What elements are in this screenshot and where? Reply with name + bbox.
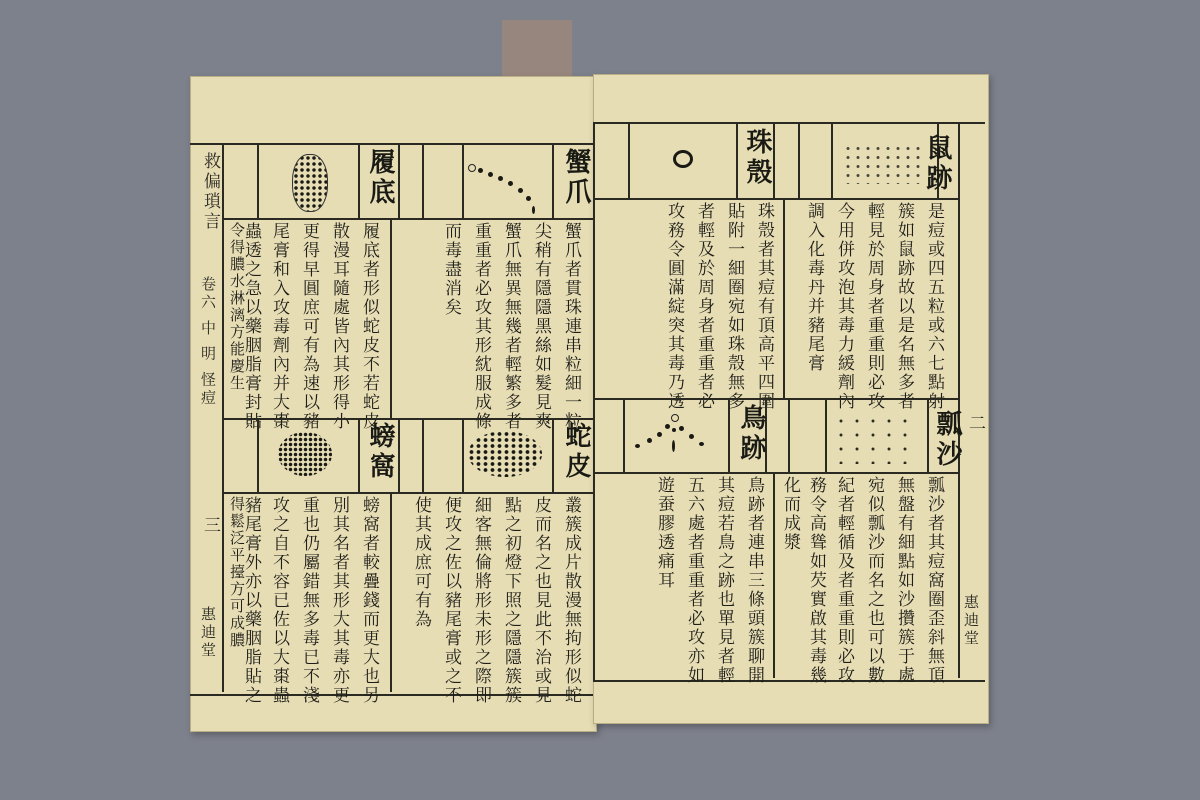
pangwo-text-6: 得鬆泛平擡方可成膿 (226, 496, 248, 649)
piaosha-text-6: 化而成漿 (779, 476, 801, 552)
left-page: 救偏瑣言 卷六 中 明 怪痘 三 惠迪堂 履底 蟹爪 蟹爪者貫珠連串粒細一粒 尖… (190, 76, 597, 732)
niaoji-text-2: 其痘若鳥之跡也單見者輕 (713, 476, 735, 685)
zhuke-illustration (673, 150, 693, 168)
niaoji-text-3: 五六處者重重者必攻亦如 (683, 476, 705, 685)
entry-title-shuji: 鼠跡 (919, 134, 956, 194)
right-margin-publisher: 惠迪堂 (961, 594, 982, 648)
zhuke-text-2: 貼附一細圈宛如珠殼無多 (723, 202, 745, 411)
piaosha-text-2: 無盤有細點如沙攢簇于處 (893, 476, 915, 685)
entry-title-pangwo: 螃窩 (362, 422, 399, 482)
shuji-text-1: 是痘或四五粒或六七點射 (923, 202, 945, 411)
piaosha-text-3: 宛似瓢沙而名之也可以數 (863, 476, 885, 685)
pangwo-text-4: 攻之自不容已佐以大棗蟲 (268, 496, 290, 705)
lvdi-illustration (292, 154, 328, 212)
shepi-text-2: 皮而名之也見此不治或見 (530, 496, 552, 705)
piaosha-text-4: 紀者輕循及者重重則必攻 (833, 476, 855, 685)
lvdi-text-2: 散漫耳隨處皆內其形得小 (328, 222, 350, 431)
zhuke-text-3: 者輕及於周身者重重者必 (693, 202, 715, 411)
lvdi-text-6: 令得膿水淋漓方能慶生 (226, 222, 248, 392)
pangwo-text-2: 別其名者其形大其毒亦更 (328, 496, 350, 705)
entry-title-lvdi: 履底 (362, 148, 399, 208)
xiezhua-text-2: 尖稍有隱隱黑絲如髮見爽 (530, 222, 552, 431)
xiezhua-text-1: 蟹爪者貫珠連串粒細一粒 (560, 222, 582, 431)
entry-title-xiezhua: 蟹爪 (558, 148, 595, 208)
shepi-text-5: 便攻之佐以豬尾膏或之不 (440, 496, 462, 705)
piaosha-text-5: 務令高聳如芡實啟其毒幾 (805, 476, 827, 685)
left-margin-publisher: 惠迪堂 (198, 606, 219, 660)
shepi-text-1: 叢簇成片散漫無拘形似蛇 (560, 496, 582, 705)
entry-title-zhuke: 珠殼 (739, 128, 776, 188)
lvdi-text-4: 尾膏和入攻毒劑內并大棗 (268, 222, 290, 431)
shepi-text-4: 細客無倫將形未形之際即 (470, 496, 492, 705)
pangwo-text-3: 重也仍屬錯無多毒已不淺 (298, 496, 320, 705)
lvdi-text-1: 履底者形似蛇皮不若蛇皮 (358, 222, 380, 431)
piaosha-illustration (833, 414, 913, 464)
shepi-illustration (468, 431, 542, 477)
zhuke-text-1: 珠殼者其痘有頂高平四圍 (753, 202, 775, 411)
xiezhua-text-4: 重重者必攻其形紞服成條 (470, 222, 492, 431)
shuji-text-4: 今用併攻泡其毒力緩劑內 (833, 202, 855, 411)
shepi-text-3: 點之初燈下照之隱隱簇簇 (500, 496, 522, 705)
left-margin-title: 救偏瑣言 (198, 152, 223, 232)
xiezhua-illustration (468, 164, 548, 214)
niaoji-text-1: 鳥跡者連串三條頭簇聊開 (743, 476, 765, 685)
left-margin-section: 卷六 中 明 怪痘 (198, 276, 219, 407)
shuji-text-3: 輕見於周身者重重則必攻 (863, 202, 885, 411)
xiezhua-text-5: 而毒盡消矣 (440, 222, 462, 317)
zhuke-text-4: 攻務令圓滿綻突其毒乃透 (663, 202, 685, 411)
pangwo-illustration (278, 432, 332, 476)
entry-title-niaoji: 鳥跡 (733, 404, 770, 464)
pangwo-text-1: 螃窩者較疊錢而更大也另 (358, 496, 380, 705)
piaosha-text-1: 瓢沙者其痘窩圈歪斜無頂 (923, 476, 945, 685)
entry-title-piaosha: 瓢沙 (929, 410, 966, 470)
shuji-text-5: 調入化毒丹并豬尾膏 (803, 202, 825, 373)
left-margin-page: 三 (198, 516, 223, 536)
right-page: 二 惠迪堂 珠殼 鼠跡 是痘或四五粒或六七點射 簇如鼠跡故以是名無多者 輕見於周… (593, 74, 989, 724)
niaoji-text-4: 遊蚕膠透痛耳 (653, 476, 675, 590)
shepi-text-6: 使其成庶可有為 (410, 496, 432, 629)
shuji-text-2: 簇如鼠跡故以是名無多者 (893, 202, 915, 411)
right-margin-page: 二 (963, 414, 988, 434)
entry-title-shepi: 蛇皮 (558, 422, 595, 482)
lvdi-text-3: 更得早圓庶可有為速以豬 (298, 222, 320, 431)
niaoji-illustration (631, 414, 721, 464)
xiezhua-text-3: 蟹爪無異無幾者輕繁多者 (500, 222, 522, 431)
bookmark-tab (502, 20, 572, 76)
shuji-illustration (843, 144, 923, 184)
